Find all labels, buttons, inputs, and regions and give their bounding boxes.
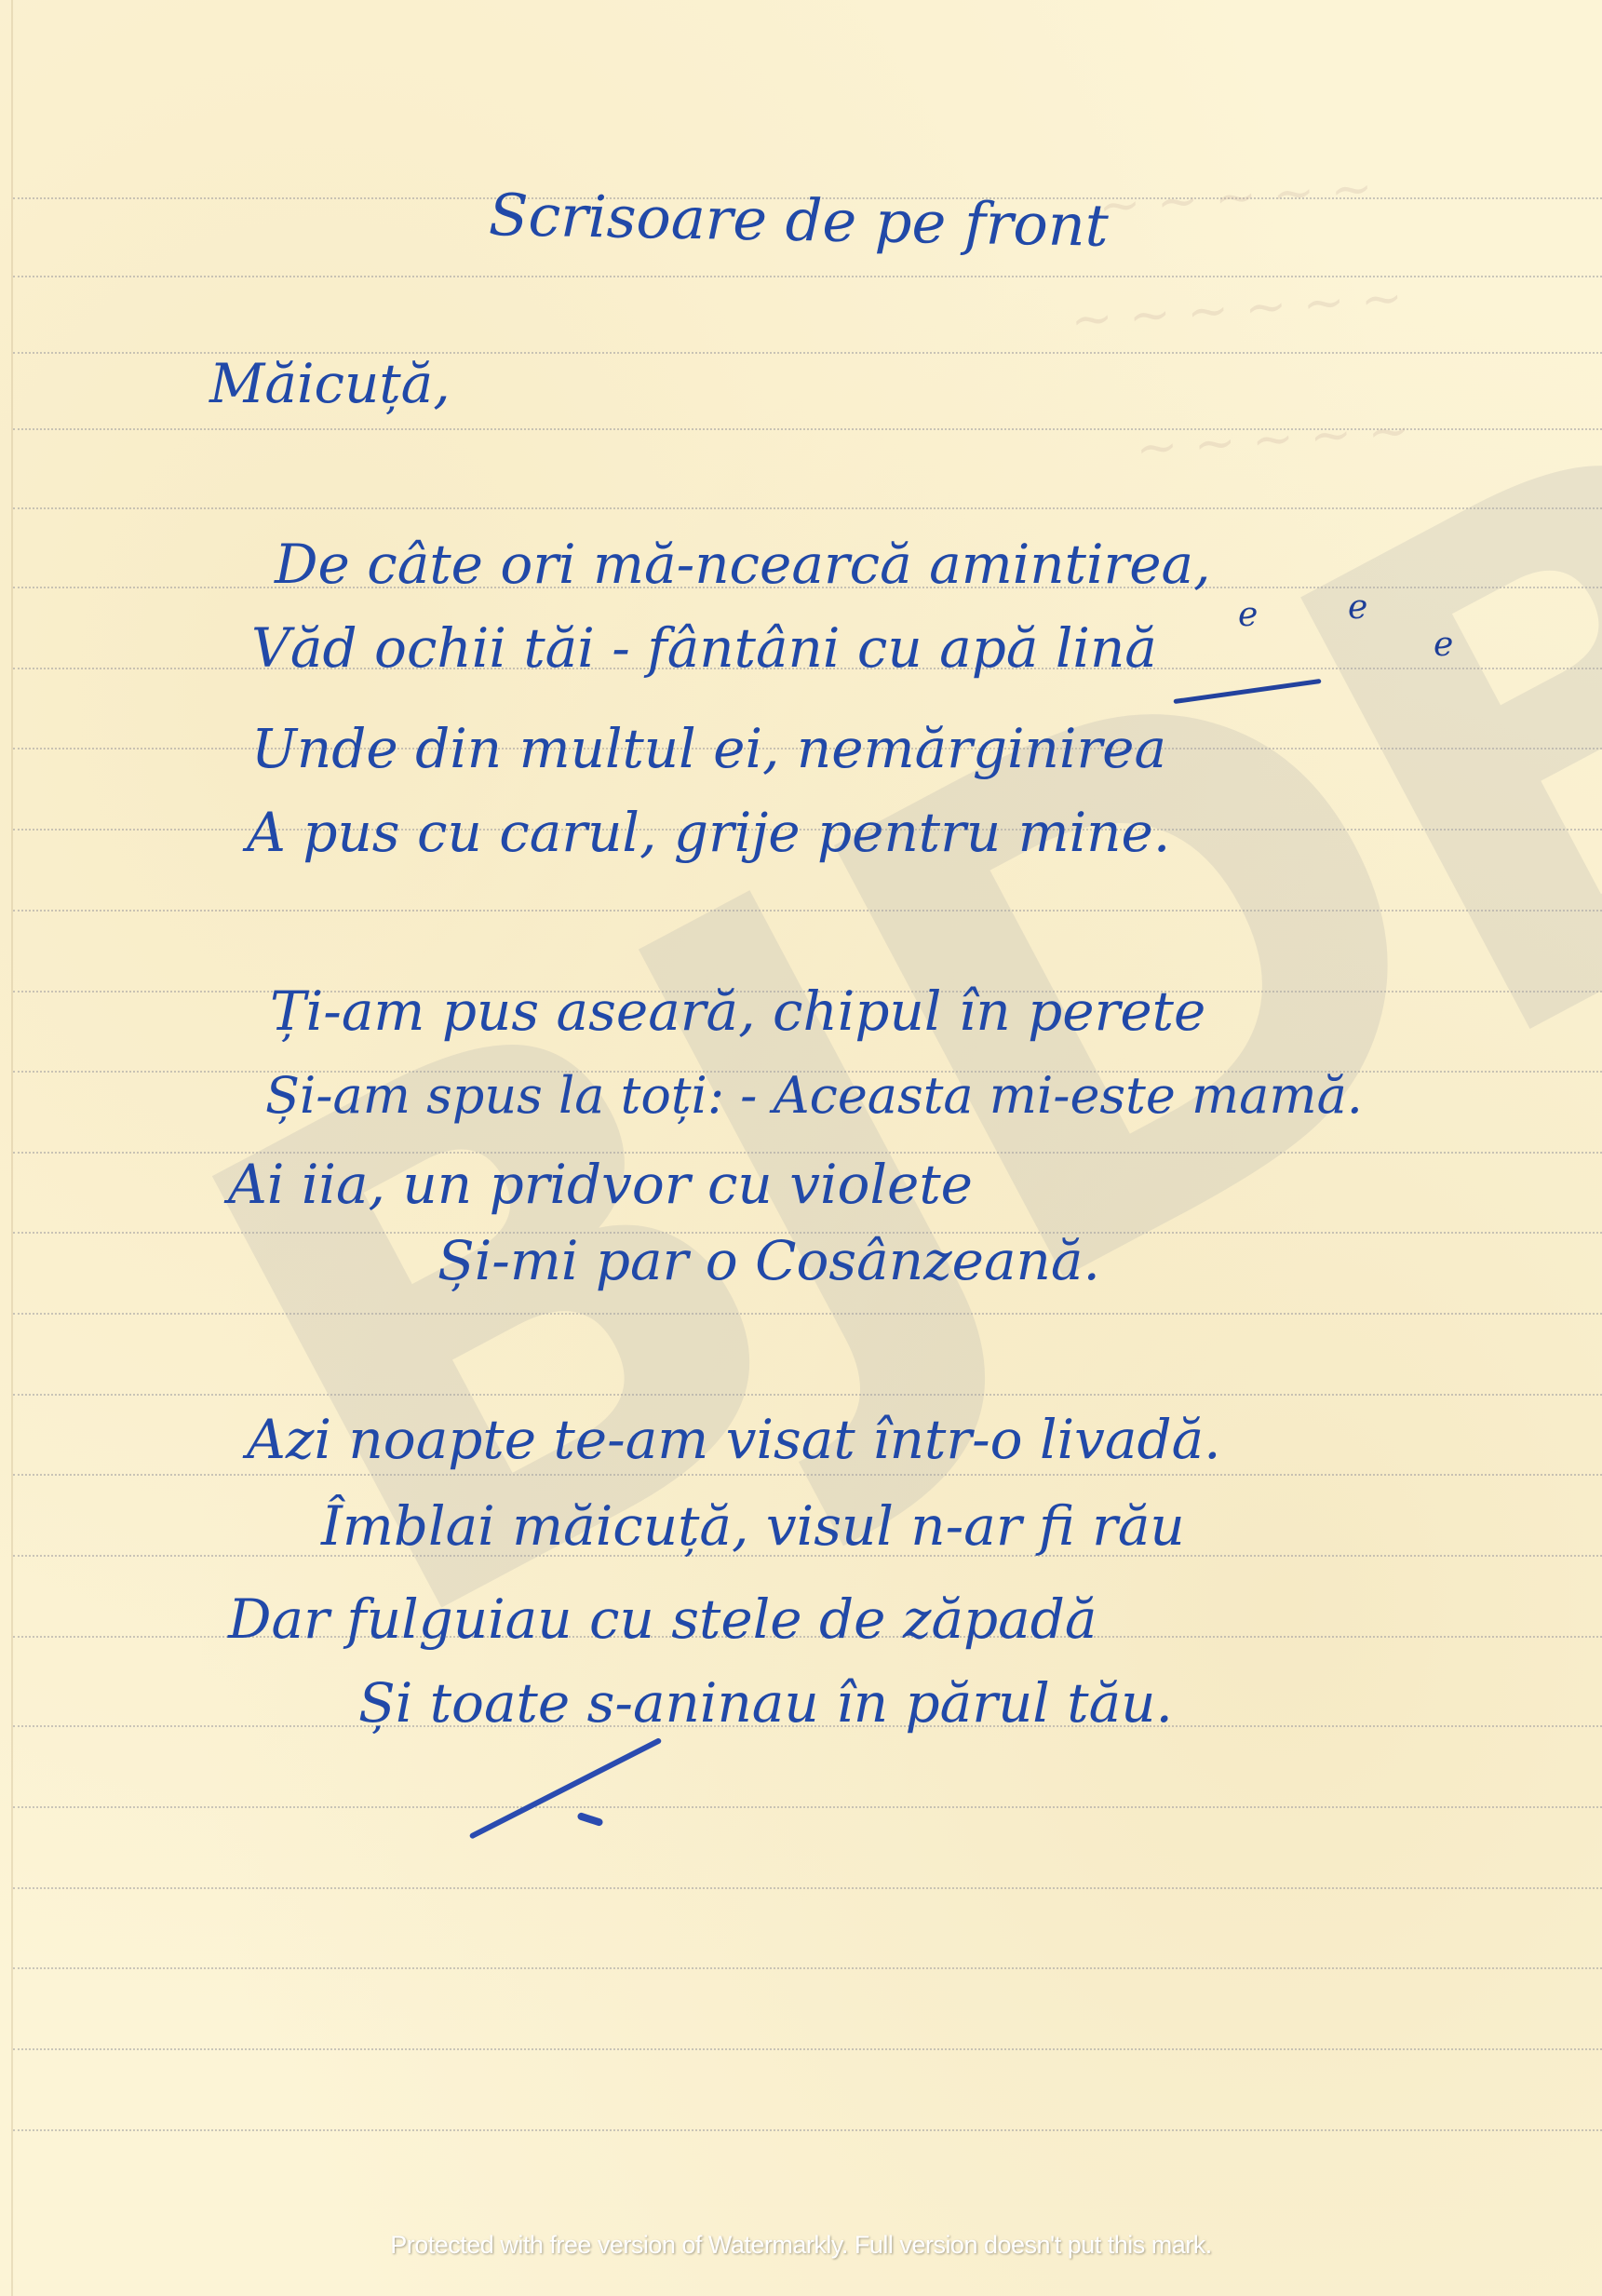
ruled-line xyxy=(13,1887,1602,1889)
ruled-line xyxy=(13,1806,1602,1808)
poem-line: Dar fulguiau cu stele de zăpadă xyxy=(228,1587,1097,1651)
ruled-line xyxy=(13,2129,1602,2131)
poem-line: De câte ori mă-ncearcă amintirea, xyxy=(275,533,1211,596)
poem-line: A pus cu carul, grije pentru mine. xyxy=(247,801,1170,864)
poem-line: Unde din multul ei, nemărginirea xyxy=(251,717,1166,780)
ruled-line xyxy=(13,1967,1602,1969)
poem-line: Ai iia, un pridvor cu violete xyxy=(228,1153,973,1216)
poem-line: Și toate s-aninau în părul tău. xyxy=(358,1671,1173,1735)
paper-left-edge xyxy=(11,0,13,2296)
poem-line: Ți-am pus aseară, chipul în perete xyxy=(270,979,1205,1043)
correction-mark: e xyxy=(1238,596,1258,634)
salutation: Măicuță, xyxy=(209,352,451,415)
poem-line: Văd ochii tăi - fântâni cu apă lină xyxy=(251,616,1157,680)
correction-mark: e xyxy=(1434,626,1453,664)
watermarkly-notice: Protected with free version of Watermark… xyxy=(0,2231,1602,2260)
ruled-line xyxy=(13,2048,1602,2050)
correction-mark: e xyxy=(1348,588,1367,627)
poem-line: Îmblai măicuță, visul n-ar fi rău xyxy=(321,1494,1185,1558)
poem-line: Azi noapte te-am visat într-o livadă. xyxy=(247,1408,1221,1471)
poem-title: Scrisoare de pe front xyxy=(488,181,1109,260)
poem-line: Și-mi par o Cosânzeană. xyxy=(438,1229,1100,1292)
poem-line: Și-am spus la toți: - Aceasta mi-este ma… xyxy=(265,1066,1363,1125)
